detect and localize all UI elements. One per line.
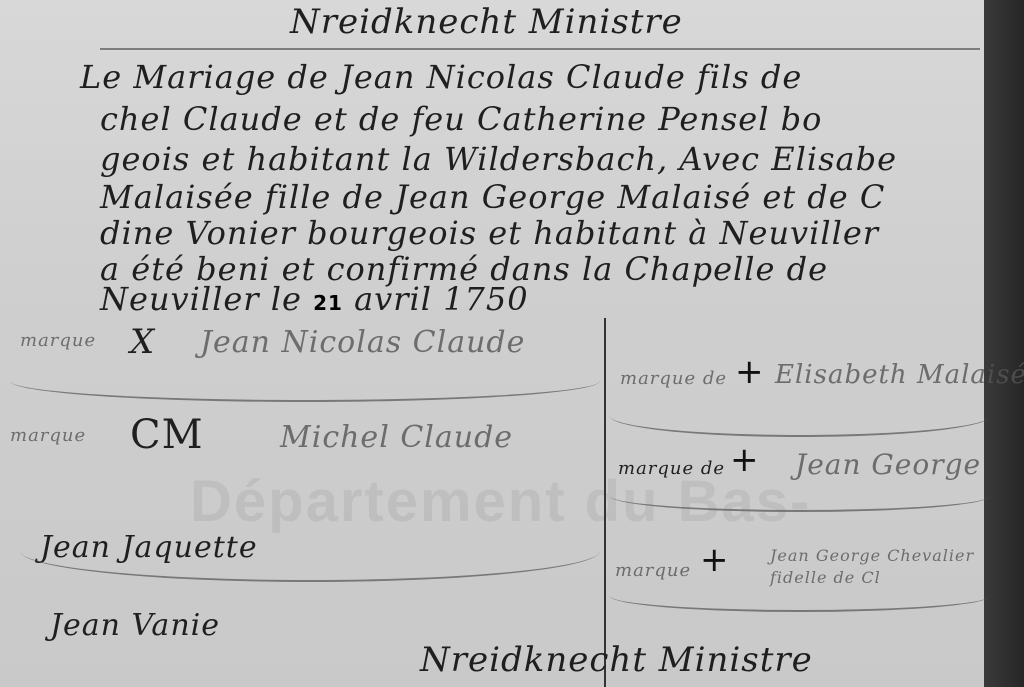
body-line-3: geois et habitant la Wildersbach, Avec E… bbox=[100, 140, 897, 178]
sig-left-1-name: Jean Nicolas Claude bbox=[200, 325, 525, 360]
body-line-4: Malaisée fille de Jean George Malaisé et… bbox=[100, 178, 885, 216]
sig-right-1-label: marque de bbox=[620, 368, 727, 389]
date-month-year: avril 1750 bbox=[354, 280, 529, 318]
sig-right-2-name: Jean George bbox=[795, 448, 981, 481]
sig-right-3-rule bbox=[610, 580, 990, 612]
sig-left-3-rule bbox=[20, 520, 600, 582]
sig-left-1-label: marque bbox=[20, 330, 96, 351]
sig-right-3-cross-icon: + bbox=[700, 540, 729, 580]
sig-left-2-label: marque bbox=[10, 425, 86, 446]
sig-right-1-rule bbox=[610, 395, 990, 437]
body-line-1: Le Mariage de Jean Nicolas Claude fils d… bbox=[80, 58, 802, 96]
body-line-7: Neuviller le 21 avril 1750 bbox=[100, 280, 529, 318]
sig-right-2-cross-icon: + bbox=[730, 440, 759, 480]
footer-signature: Nreidknecht Ministre bbox=[420, 640, 813, 680]
sig-right-2-label: marque de bbox=[618, 458, 725, 479]
sig-left-1-rule bbox=[10, 360, 600, 402]
sig-right-2-rule bbox=[610, 480, 990, 512]
sig-left-1-mark: X bbox=[130, 322, 155, 362]
sig-right-3-label: marque bbox=[615, 560, 691, 581]
book-binding bbox=[984, 0, 1024, 687]
sig-left-2-mark: CM bbox=[130, 412, 204, 458]
body-line-2: chel Claude et de feu Catherine Pensel b… bbox=[100, 100, 822, 138]
column-divider bbox=[604, 318, 606, 687]
sig-left-2-name: Michel Claude bbox=[280, 420, 513, 455]
sig-right-1-cross-icon: + bbox=[735, 352, 764, 392]
sig-right-1-name: Elisabeth Malaisée bbox=[775, 360, 1024, 390]
body-line-5: dine Vonier bourgeois et habitant à Neuv… bbox=[100, 214, 879, 252]
date-day-stamp: 21 bbox=[313, 291, 343, 315]
place-date-prefix: Neuviller le bbox=[100, 280, 302, 318]
sig-left-4-name: Jean Vanie bbox=[50, 608, 220, 643]
header-signature: Nreidknecht Ministre bbox=[290, 2, 683, 42]
